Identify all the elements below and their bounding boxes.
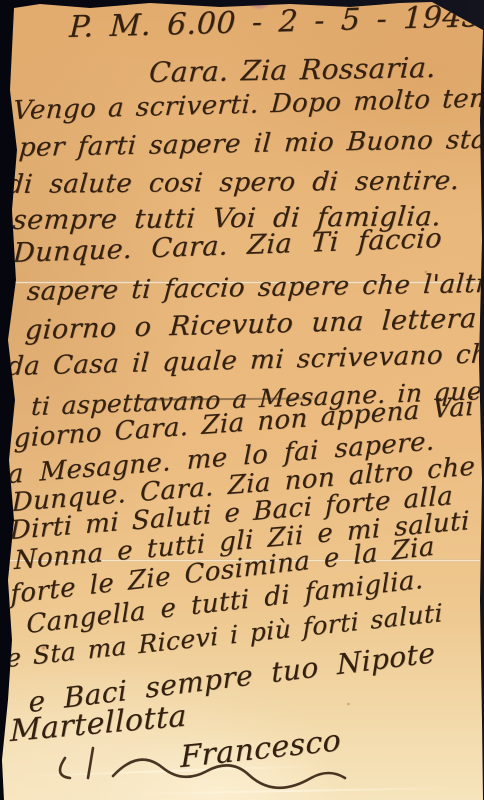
letter-date-line: P. M. 6.00 - 2 - 5 - 1943. <box>68 0 484 45</box>
letter-body-line: per farti sapere il mio Buono stato <box>18 124 484 163</box>
signature-flourish <box>55 742 375 797</box>
letter-body-line: Vengo a scriverti. Dopo molto tempo <box>12 83 484 127</box>
letter-salutation: Cara. Zia Rossaria. <box>148 51 437 89</box>
letter-paper: P. M. 6.00 - 2 - 5 - 1943. Cara. Zia Ros… <box>0 0 484 800</box>
letter-body-line: da Casa il quale mi scrivevano che <box>6 339 484 382</box>
letter-body-line: sapere ti faccio sapere che l'altro <box>26 269 484 307</box>
letter-body-line: giorno o Ricevuto una lettera <box>24 303 478 346</box>
letter-body-line: di salute cosi spero di sentire. <box>6 166 461 200</box>
